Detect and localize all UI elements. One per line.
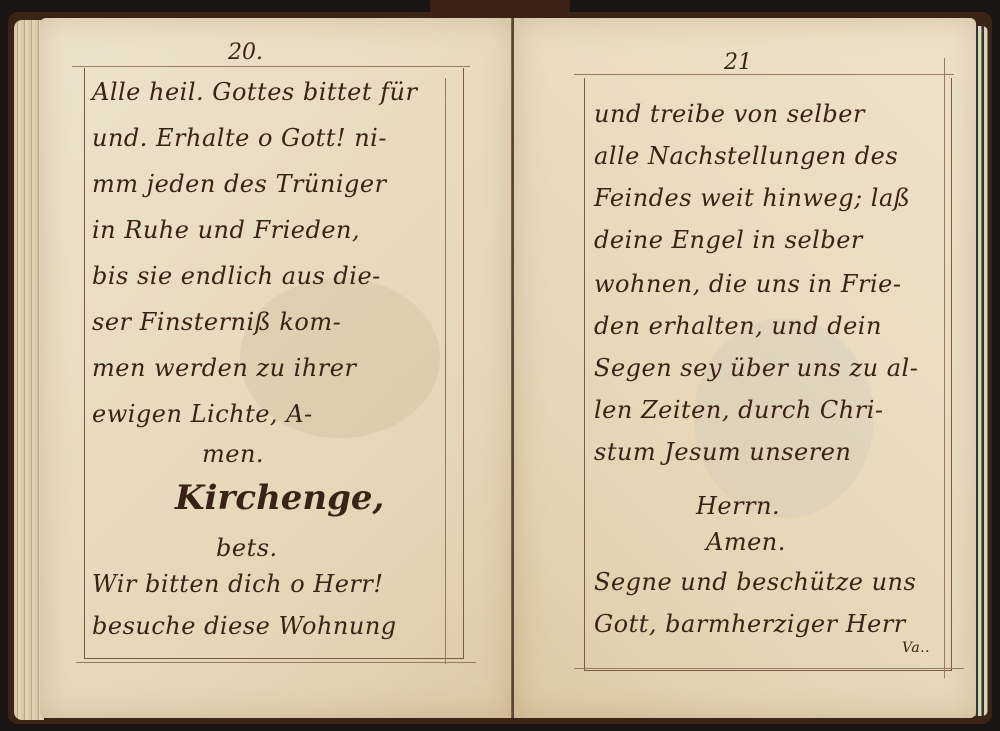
- page-number: 21: [724, 50, 752, 75]
- footer-rule: [574, 668, 964, 669]
- text-line: in Ruhe und Frieden,: [92, 216, 360, 244]
- text-line: ewigen Lichte, A-: [92, 400, 313, 428]
- page-number: 20.: [228, 40, 263, 65]
- text-line: besuche diese Wohnung: [92, 612, 397, 640]
- text-line: den erhalten, und dein: [594, 312, 882, 340]
- text-line: Wir bitten dich o Herr!: [92, 570, 384, 598]
- text-line: stum Jesum unseren: [594, 438, 851, 466]
- footer-rule: [76, 662, 476, 663]
- text-line: wohnen, die uns in Frie-: [594, 270, 901, 298]
- text-line: deine Engel in selber: [594, 226, 863, 254]
- catchword: Va..: [902, 640, 930, 656]
- text-line: len Zeiten, durch Chri-: [594, 396, 883, 424]
- margin-rule: [445, 78, 446, 664]
- header-rule: [72, 66, 470, 67]
- text-line: bis sie endlich aus die-: [92, 262, 381, 290]
- right-page: 21 und treibe von selber alle Nachstellu…: [514, 18, 976, 718]
- text-line: Gott, barmherziger Herr: [594, 610, 906, 638]
- text-line-centered: Amen.: [706, 528, 786, 556]
- text-line: men werden zu ihrer: [92, 354, 356, 382]
- text-line: Segne und beschütze uns: [594, 568, 916, 596]
- text-line: Feindes weit hinweg; laß: [594, 184, 910, 212]
- text-line: ser Finsterniß kom-: [92, 308, 341, 336]
- text-line: Alle heil. Gottes bittet für: [92, 78, 417, 106]
- text-line: men.: [202, 440, 264, 468]
- text-line: mm jeden des Trüniger: [92, 170, 387, 198]
- header-rule: [574, 74, 954, 75]
- text-line: und. Erhalte o Gott! ni-: [92, 124, 387, 152]
- section-heading: Kirchenge,: [175, 478, 384, 518]
- text-line: und treibe von selber: [594, 100, 865, 128]
- text-line-centered: Herrn.: [696, 492, 780, 520]
- margin-rule: [944, 58, 945, 678]
- text-line: alle Nachstellungen des: [594, 142, 898, 170]
- text-line: Segen sey über uns zu al-: [594, 354, 918, 382]
- section-subheading: bets.: [216, 534, 278, 562]
- left-page: 20. Alle heil. Gottes bittet für und. Er…: [40, 18, 513, 718]
- book-spine: [430, 0, 570, 20]
